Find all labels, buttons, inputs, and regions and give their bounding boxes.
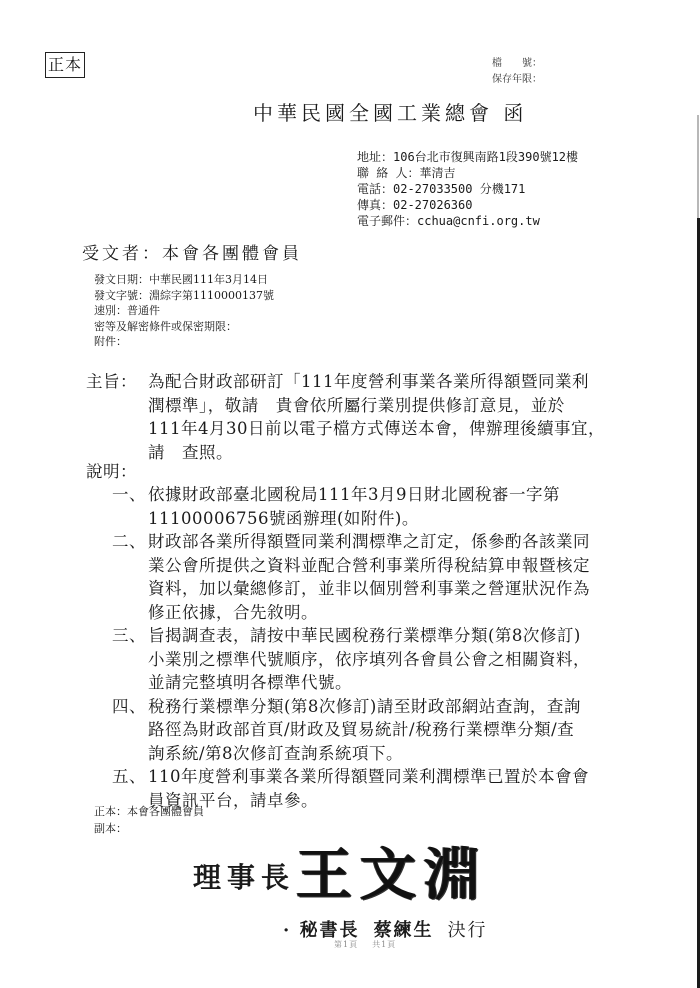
description-items: 一、 依據財政部臺北國稅局111年3月9日財北國稅審一字第 1110000675… (112, 483, 590, 812)
chairman-title: 理事長 (193, 860, 295, 896)
issue-date: 發文日期：中華民國111年3月14日 (94, 272, 274, 288)
file-number-label: 檔 號： (492, 56, 542, 72)
item-line: 旨揭調查表，請按中華民國稅務行業標準分類(第8次修訂) (148, 624, 590, 648)
chairman-signature-stamp: 王文淵 (296, 843, 488, 907)
issue-meta: 發文日期：中華民國111年3月14日 發文字號：淵綜字第1110000137號 … (94, 272, 274, 350)
item-line: 員資訊平台，請卓參。 (148, 789, 589, 813)
copy-type-stamp: 正本 (45, 52, 85, 78)
original-recipients: 正本：本會各團體會員 (94, 803, 204, 820)
page-total: 共1頁 (372, 940, 396, 949)
attachments: 附件： (94, 334, 274, 350)
item-line: 資料，加以彙總修訂，並非以個別營利事業之營運狀況作為 (148, 577, 590, 601)
item-line: 財政部各業所得額暨同業利潤標準之訂定，係參酌各該業同 (148, 530, 590, 554)
item-line: 110年度營利事業各業所得額暨同業利潤標準已置於本會會 (148, 765, 589, 789)
subject-line: 請 查照。 (148, 441, 605, 465)
item-line: 小業別之標準代號順序，依序填列各會員公會之相關資料， (148, 648, 590, 672)
issue-number: 發文字號：淵綜字第1110000137號 (94, 288, 274, 304)
item-line: 路徑為財政部首頁/財政及貿易統計/稅務行業標準分類/查 (148, 718, 581, 742)
scan-edge (697, 115, 699, 218)
description-item: 四、 稅務行業標準分類(第8次修訂)請至財政部網站查詢，查詢 路徑為財政部首頁/… (112, 695, 590, 766)
description-item: 二、 財政部各業所得額暨同業利潤標準之訂定，係參酌各該業同 業公會所提供之資料並… (112, 530, 590, 624)
page-marker: 第1頁共1頁 (334, 940, 396, 950)
phone: 電話：02-27033500 分機171 (357, 181, 578, 197)
secretary-name: 蔡練生 (374, 920, 434, 941)
item-number: 二、 (112, 530, 148, 624)
item-line: 依據財政部臺北國稅局111年3月9日財北國稅審一字第 (148, 483, 560, 507)
copy-recipients: 副本： (94, 820, 204, 837)
email: 電子郵件：cchua@cnfi.org.tw (357, 213, 578, 229)
address: 地址：106台北市復興南路1段390號12樓 (357, 149, 578, 165)
distribution-block: 正本：本會各團體會員 副本： (94, 803, 204, 837)
item-number: 四、 (112, 695, 148, 766)
confidentiality: 密等及解密條件或保密期限： (94, 319, 274, 335)
description-item: 三、 旨揭調查表，請按中華民國稅務行業標準分類(第8次修訂) 小業別之標準代號順… (112, 624, 590, 695)
fax: 傳真：02-27026360 (357, 197, 578, 213)
item-number: 一、 (112, 483, 148, 530)
item-line: 並請完整填明各標準代號。 (148, 671, 590, 695)
item-line: 11100006756號函辦理(如附件)。 (148, 507, 560, 531)
speed-class: 速別：普通件 (94, 303, 274, 319)
subject-text: 為配合財政部研訂「111年度營利事業各業所得額暨同業利 潤標準」，敬請 貴會依所… (148, 370, 605, 464)
document-title: 中華民國全國工業總會 函 (253, 100, 527, 126)
subject-line: 為配合財政部研訂「111年度營利事業各業所得額暨同業利 (148, 370, 605, 394)
authorization-label: 決行 (448, 920, 488, 941)
file-meta: 檔 號： 保存年限： (492, 56, 542, 88)
item-number: 三、 (112, 624, 148, 695)
item-line: 修正依據，合先敘明。 (148, 601, 590, 625)
description-label: 說明： (86, 460, 137, 484)
item-line: 業公會所提供之資料並配合營利事業所得稅結算申報暨核定 (148, 554, 590, 578)
description-item: 一、 依據財政部臺北國稅局111年3月9日財北國稅審一字第 1110000675… (112, 483, 590, 530)
item-line: 詢系統/第8次修訂查詢系統項下。 (148, 742, 581, 766)
retention-label: 保存年限： (492, 72, 542, 88)
recipient: 受文者：本會各團體會員 (82, 242, 302, 266)
item-line: 稅務行業標準分類(第8次修訂)請至財政部網站查詢，查詢 (148, 695, 581, 719)
subject-line: 潤標準」，敬請 貴會依所屬行業別提供修訂意見，並於 (148, 394, 605, 418)
secretary-title: 秘書長 (300, 920, 360, 941)
contact-person: 聯 絡 人：華清吉 (357, 165, 578, 181)
subject-label: 主旨： (86, 370, 137, 394)
subject-line: 111年4月30日前以電子檔方式傳送本會，俾辦理後續事宜， (148, 417, 605, 441)
contact-block: 地址：106台北市復興南路1段390號12樓 聯 絡 人：華清吉 電話：02-2… (357, 149, 578, 229)
bullet-dot: · (283, 920, 291, 941)
page-current: 第1頁 (334, 940, 358, 949)
